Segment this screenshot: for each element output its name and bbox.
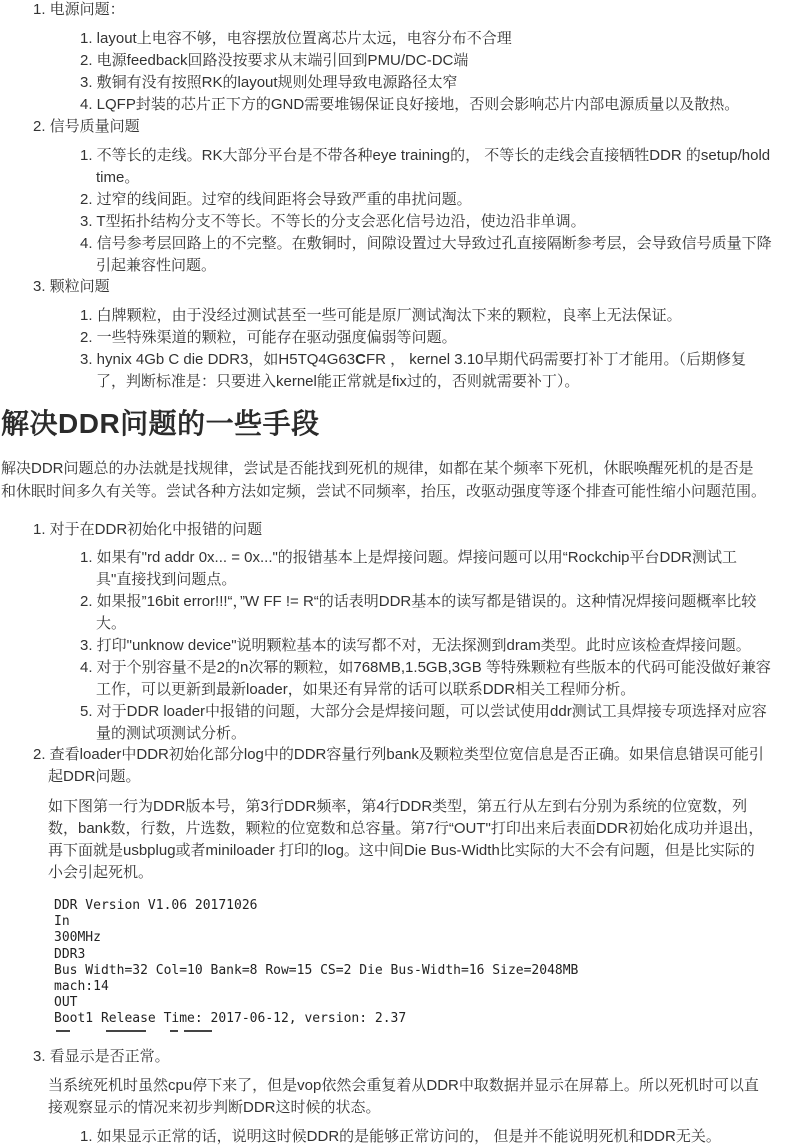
log-line: Bus Width=32 Col=10 Bank=8 Row=15 CS=2 D… [54,963,578,979]
list-subitem-continued: 具"直接找到问题点。 [96,569,236,591]
explanation-line: 如下图第一行为DDR版本号，第3行DDR频率，第4行DDR类型，第五行从左到右分… [48,796,747,818]
list-subitem-continued: 工作，可以更新到最新loader，如果还有异常的话可以联系DDR相关工程师分析。 [96,679,635,701]
list-item-chip: 3. 颗粒问题 [33,276,110,298]
log-line: In [54,914,578,930]
explanation-line: 当系统死机时虽然cpu停下来了，但是vop依然会重复着从DDR中取数据并显示在屏… [48,1075,759,1097]
list-subitem: 2. 过窄的线间距。过窄的线间距将会导致严重的串扰问题。 [80,189,472,211]
list-subitem-continued: 量的测试项测试分析。 [96,723,246,745]
list-subitem: 2. 电源feedback回路没按要求从末端引回到PMU/DC-DC端 [80,50,468,72]
list-subitem: 4. LQFP封装的芯片正下方的GND需要堆锡保证良好接地，否则会影响芯片内部电… [80,94,739,116]
list-subitem-continued: 了，判断标准是：只要进入kernel能正常就是fix过的，否则就需要补丁）。 [96,371,579,393]
list-subitem: 3. T型拓扑结构分支不等长。不等长的分支会恶化信号边沿，使边沿非单调。 [80,211,586,233]
list-item-signal: 2. 信号质量问题 [33,116,140,138]
list-subitem: 3. hynix 4Gb C die DDR3，如H5TQ4G63CFR ， k… [80,349,746,371]
log-line: mach:14 [54,979,578,995]
list-subitem: 5. 对于DDR loader中报错的问题，大部分会是焊接问题，可以尝试使用dd… [80,701,767,723]
list-subitem: 1. 白牌颗粒，由于没经过测试甚至一些可能是原厂测试淘汰下来的颗粒，良率上无法保… [80,305,682,327]
log-line: DDR Version V1.06 20171026 [54,898,578,914]
explanation-line: 接观察显示的情况来初步判断DDR这时候的状态。 [48,1097,381,1119]
list-item-init-error: 1. 对于在DDR初始化中报错的问题 [33,519,262,541]
list-subitem: 1. 如果显示正常的话，说明这时候DDR的是能够正常访问的， 但是并不能说明死机… [80,1126,721,1145]
list-subitem: 3. 打印"unknow device"说明颗粒基本的读写都不对，无法探测到dr… [80,635,751,657]
log-line: DDR3 [54,947,578,963]
log-line: OUT [54,995,578,1011]
list-subitem: 3. 敷铜有没有按照RK的layout规则处理导致电源路径太窄 [80,72,458,94]
list-item-continued: 起DDR问题。 [48,766,141,788]
intro-paragraph-line: 解决DDR问题总的办法就是找规律，尝试是否能找到死机的规律，如都在某个频率下死机… [1,458,754,480]
list-subitem: 1. 如果有"rd addr 0x... = 0x..."的报错基本上是焊接问题… [80,547,737,569]
log-cutoff-line [40,1028,220,1034]
list-subitem-continued: 大。 [96,613,126,635]
list-item-check-loader-log: 2. 查看loader中DDR初始化部分log中的DDR容量行列bank及颗粒类… [33,744,764,766]
intro-paragraph-line: 和休眠时间多久有关等。尝试各种方法如定频，尝试不同频率，抬压，改驱动强度等逐个排… [1,481,766,503]
log-line: 300MHz [54,930,578,946]
list-subitem: 4. 信号参考层回路上的不完整。在敷铜时，间隙设置过大导致过孔直接隔断参考层，会… [80,233,772,255]
list-item-power: 1. 电源问题： [33,0,125,21]
bold-letter: C [355,351,366,368]
log-line: Boot1 Release Time: 2017-06-12, version:… [54,1011,578,1027]
list-subitem-continued: time。 [96,167,139,189]
ddr-log-screenshot: DDR Version V1.06 20171026In300MHzDDR3Bu… [54,898,578,1028]
list-subitem: 2. 一些特殊渠道的颗粒，可能存在驱动强度偏弱等问题。 [80,327,457,349]
list-subitem: 1. layout上电容不够，电容摆放位置离芯片太远，电容分布不合理 [80,28,512,50]
list-item-check-display: 3. 看显示是否正常。 [33,1046,170,1068]
explanation-line: 再下面就是usbplug或者miniloader 打印的log。这中间Die B… [48,840,755,862]
list-subitem: 1. 不等长的走线。RK大部分平台是不带各种eye training的， 不等长… [80,145,770,167]
list-subitem: 2. 如果报”16bit error!!!“，”W FF != R“的话表明DD… [80,591,756,613]
list-subitem: 4. 对于个别容量不是2的n次幂的颗粒，如768MB,1.5GB,3GB 等特殊… [80,657,771,679]
section-heading: 解决DDR问题的一些手段 [1,406,320,442]
list-subitem-continued: 引起兼容性问题。 [96,255,216,277]
explanation-line: 小会引起死机。 [48,862,153,884]
explanation-line: 数，bank数，行数，片选数，颗粒的位宽数和总容量。第7行“OUT"打印出来后表… [48,818,763,840]
